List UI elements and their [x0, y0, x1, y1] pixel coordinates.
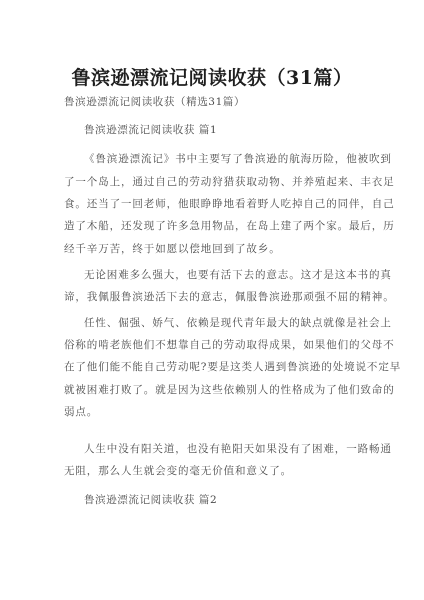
paragraph-line: 了一个岛上，通过自己的劳动狩猎获取动物、并养殖起来、丰衣足 — [64, 176, 352, 188]
section-heading-1: 鲁滨逊漂流记阅读收获 篇1 — [84, 124, 217, 136]
paragraph-line: 弱点。 — [64, 406, 352, 418]
paragraph-line: 俗称的啃老族他们不想靠自己的劳动取得成果，如果他们的父母不 — [64, 339, 352, 351]
paragraph-line: 经千辛万苦，终于如愿以偿地回到了故乡。 — [64, 243, 352, 255]
document-title: 鲁滨逊漂流记阅读收获（31篇） — [0, 66, 424, 90]
paragraph-line: 谛，我佩服鲁滨逊活下去的意志，佩服鲁滨逊那顽强不屈的精神。 — [64, 291, 352, 303]
paragraph-line: 无阻，那么人生就会变的毫无价值和意义了。 — [64, 465, 352, 477]
paragraph-line: 食。还当了一回老师，他眼睁睁地看着野人吃掉自己的同伴，自己 — [64, 198, 352, 210]
paragraph-line: 就被困难打败了。就是因为这些依赖别人的性格成为了他们致命的 — [64, 384, 352, 396]
paragraph-line: 人生中没有阳关道，也没有艳阳天如果没有了困难，一路畅通 — [84, 443, 352, 455]
document-page: 鲁滨逊漂流记阅读收获（31篇） 鲁滨逊漂流记阅读收获（精选31篇） 鲁滨逊漂流记… — [0, 0, 424, 600]
paragraph-line: 《鲁滨逊漂流记》书中主要写了鲁滨逊的航海历险，他被吹到 — [84, 153, 352, 165]
paragraph-line: 任性、倔强、娇气、依赖是现代青年最大的缺点就像是社会上 — [84, 317, 352, 329]
paragraph-line: 无论困难多么强大，也要有活下去的意志。这才是这本书的真 — [84, 269, 352, 281]
paragraph-line: 造了木船，还发现了许多急用物品，在岛上建了两个家。最后，历 — [64, 220, 352, 232]
section-heading-2: 鲁滨逊漂流记阅读收获 篇2 — [84, 494, 217, 506]
document-subtitle: 鲁滨逊漂流记阅读收获（精选31篇） — [64, 96, 245, 108]
paragraph-line: 在了他们能不能自己劳动呢?要是这类人遇到鲁滨逊的处境说不定早 — [64, 361, 352, 373]
